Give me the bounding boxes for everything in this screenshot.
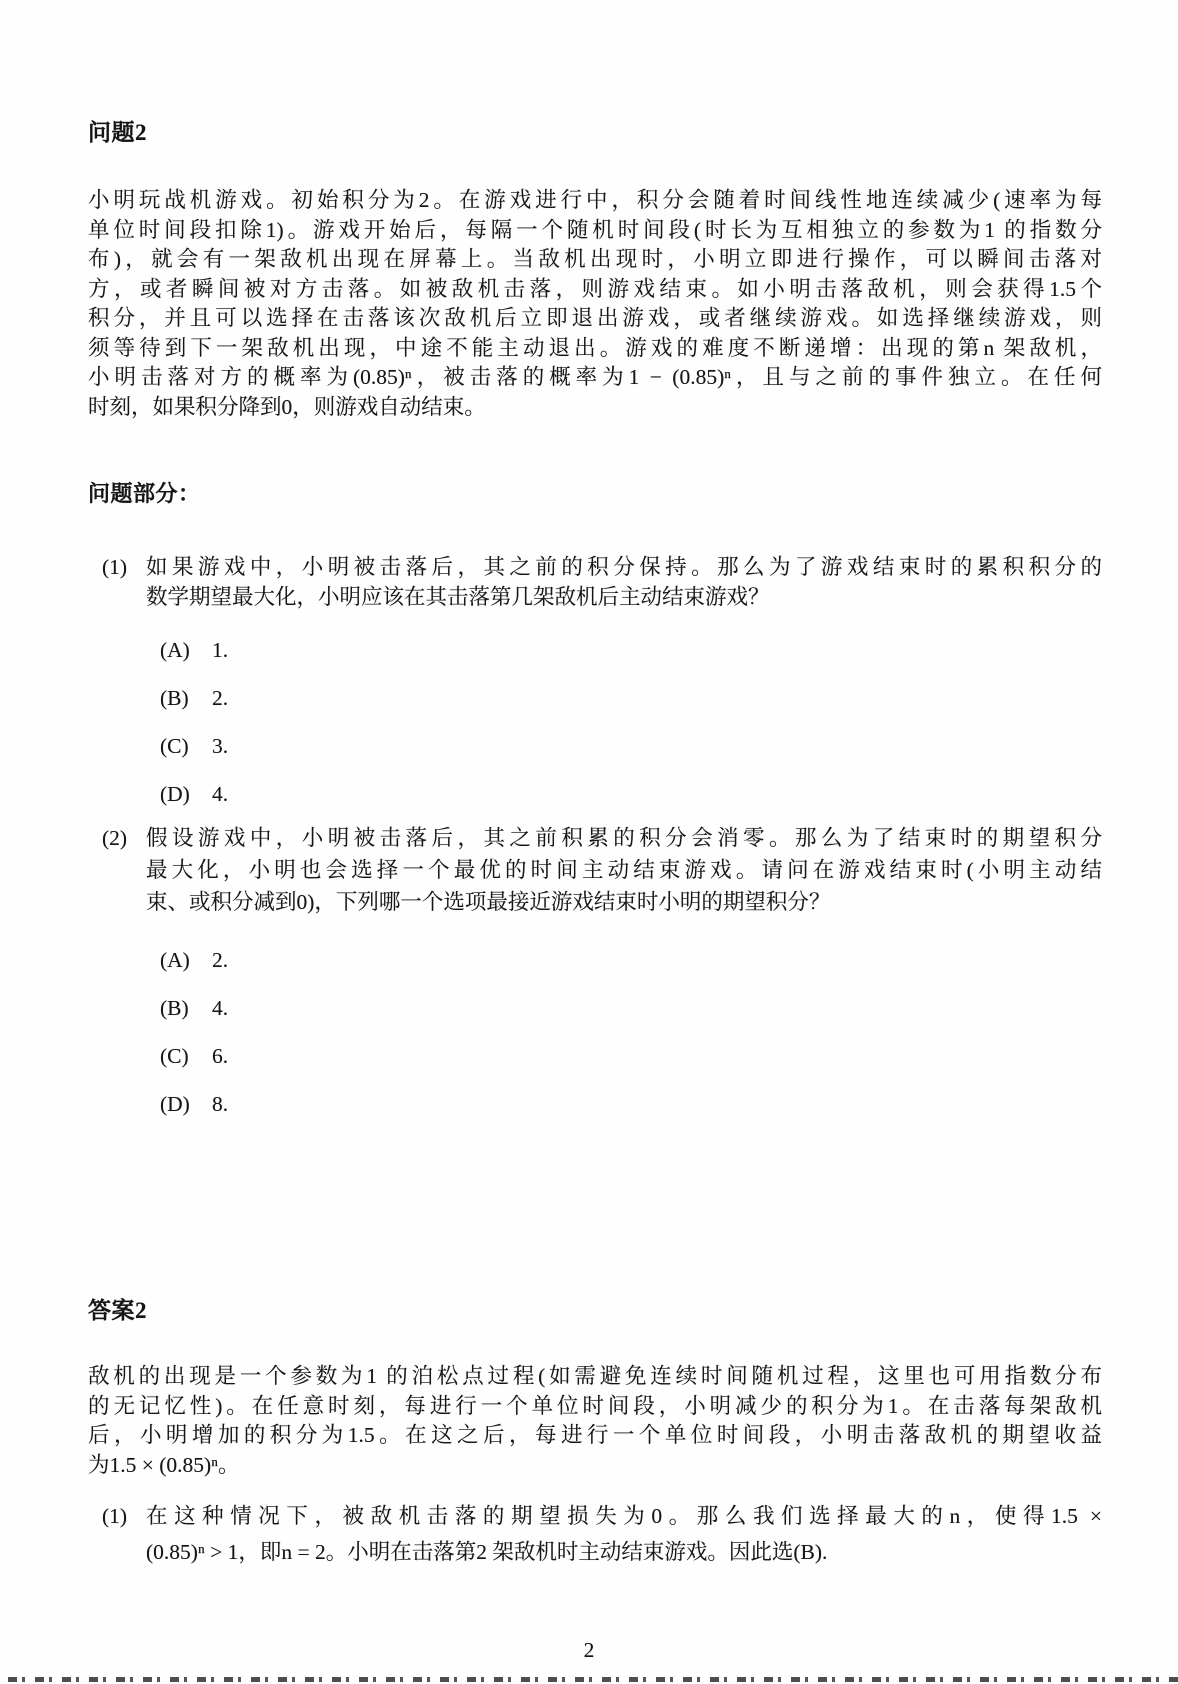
option-row: (C) 3. [160,732,228,780]
option-label: (B) [160,994,212,1024]
question-intro: 小明玩战机游戏。初始积分为2。在游戏进行中，积分会随着时间线性地连续减少(速率为… [88,186,1102,422]
option-label: (D) [160,780,212,810]
text-line: 小明击落对方的概率为(0.85)ⁿ，被击落的概率为1 − (0.85)ⁿ，且与之… [88,363,1102,393]
answer-title: 答案2 [88,1292,147,1325]
text-line: 布)，就会有一架敌机出现在屏幕上。当敌机出现时，小明立即进行操作，可以瞬间击落对 [88,245,1102,275]
option-value: 6. [212,1042,228,1072]
option-label: (D) [160,1090,212,1120]
page-number: 2 [0,1638,1178,1663]
answer-intro: 敌机的出现是一个参数为1 的泊松点过程(如需避免连续时间随机过程，这里也可用指数… [88,1362,1102,1480]
option-value: 2. [212,946,228,976]
option-row: (D) 8. [160,1090,228,1138]
option-value: 2. [212,684,228,714]
item-text: 假设游戏中，小明被击落后，其之前积累的积分会消零。那么为了结束时的期望积分 最大… [146,822,1102,918]
option-row: (A) 1. [160,636,228,684]
text-line: 如果游戏中，小明被击落后，其之前的积分保持。那么为了游戏结束时的累积积分的 [146,553,1102,583]
option-value: 4. [212,994,228,1024]
text-line: 单位时间段扣除1)。游戏开始后，每隔一个随机时间段(时长为互相独立的参数为1 的… [88,216,1102,246]
text-line: (0.85)ⁿ > 1，即n = 2。小明在击落第2 架敌机时主动结束游戏。因此… [146,1534,1102,1570]
option-value: 3. [212,732,228,762]
item-number: (1) [102,1498,146,1570]
option-value: 8. [212,1090,228,1120]
text-line: 小明玩战机游戏。初始积分为2。在游戏进行中，积分会随着时间线性地连续减少(速率为… [88,186,1102,216]
item-text: 如果游戏中，小明被击落后，其之前的积分保持。那么为了游戏结束时的累积积分的 数学… [146,553,1102,612]
question-item-2: (2) 假设游戏中，小明被击落后，其之前积累的积分会消零。那么为了结束时的期望积… [102,822,1102,918]
text-line: 为1.5 × (0.85)ⁿ。 [88,1451,1102,1481]
option-value: 4. [212,780,228,810]
text-line: 数学期望最大化，小明应该在其击落第几架敌机后主动结束游戏？ [146,583,1102,613]
option-row: (D) 4. [160,780,228,828]
text-line: 时刻，如果积分降到0，则游戏自动结束。 [88,393,1102,423]
text-line: 的无记忆性)。在任意时刻，每进行一个单位时间段，小明减少的积分为1。在击落每架敌… [88,1392,1102,1422]
text-line: 后，小明增加的积分为1.5。在这之后，每进行一个单位时间段，小明击落敌机的期望收… [88,1421,1102,1451]
option-row: (B) 2. [160,684,228,732]
item-number: (2) [102,822,146,918]
question-title: 问题2 [88,114,147,147]
text-line: 积分，并且可以选择在击落该次敌机后立即退出游戏，或者继续游戏。如选择继续游戏，则 [88,304,1102,334]
question-item-2-options: (A) 2. (B) 4. (C) 6. (D) 8. [160,946,228,1138]
question-item-1: (1) 如果游戏中，小明被击落后，其之前的积分保持。那么为了游戏结束时的累积积分… [102,553,1102,612]
question-item-1-options: (A) 1. (B) 2. (C) 3. (D) 4. [160,636,228,828]
document-page: 问题2 小明玩战机游戏。初始积分为2。在游戏进行中，积分会随着时间线性地连续减少… [0,0,1178,1684]
text-line: 敌机的出现是一个参数为1 的泊松点过程(如需避免连续时间随机过程，这里也可用指数… [88,1362,1102,1392]
item-number: (1) [102,553,146,612]
option-label: (B) [160,684,212,714]
item-text: 在这种情况下，被敌机击落的期望损失为0。那么我们选择最大的n，使得1.5 × (… [146,1498,1102,1570]
text-line: 束、或积分减到0)，下列哪一个选项最接近游戏结束时小明的期望积分？ [146,886,1102,918]
text-line: 假设游戏中，小明被击落后，其之前积累的积分会消零。那么为了结束时的期望积分 [146,822,1102,854]
answer-item-1: (1) 在这种情况下，被敌机击落的期望损失为0。那么我们选择最大的n，使得1.5… [102,1498,1102,1570]
page-edge-artifact [8,1677,1178,1682]
question-part-label: 问题部分： [88,477,201,508]
option-value: 1. [212,636,228,666]
option-label: (C) [160,732,212,762]
option-label: (A) [160,946,212,976]
text-line: 最大化，小明也会选择一个最优的时间主动结束游戏。请问在游戏结束时(小明主动结 [146,854,1102,886]
text-line: 方，或者瞬间被对方击落。如被敌机击落，则游戏结束。如小明击落敌机，则会获得1.5… [88,275,1102,305]
option-label: (A) [160,636,212,666]
text-line: 须等待到下一架敌机出现，中途不能主动退出。游戏的难度不断递增：出现的第n 架敌机… [88,334,1102,364]
option-row: (C) 6. [160,1042,228,1090]
text-line: 在这种情况下，被敌机击落的期望损失为0。那么我们选择最大的n，使得1.5 × [146,1498,1102,1534]
option-row: (A) 2. [160,946,228,994]
option-row: (B) 4. [160,994,228,1042]
option-label: (C) [160,1042,212,1072]
